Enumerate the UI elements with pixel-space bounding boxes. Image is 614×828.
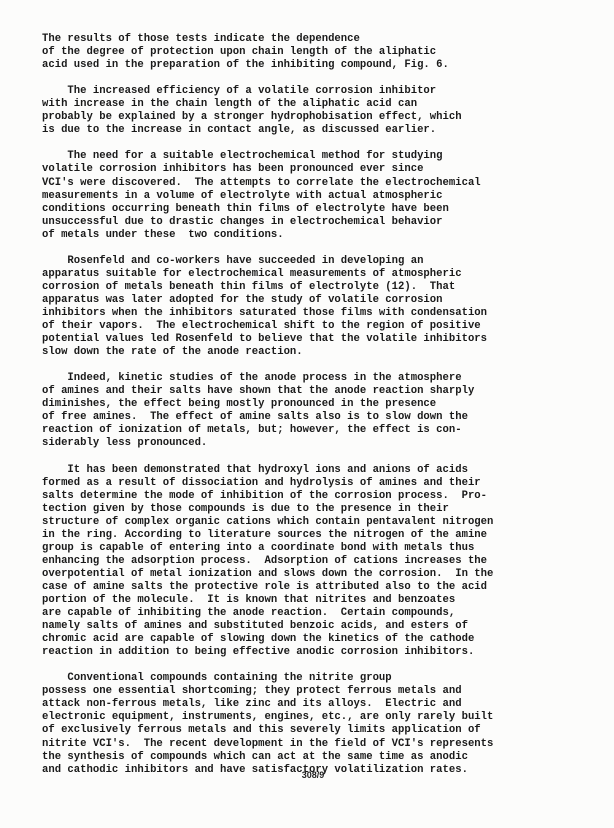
text-line: reaction in addition to being effective … xyxy=(42,646,493,659)
text-line: inhibitors when the inhibitors saturated… xyxy=(42,307,493,320)
text-line: acid used in the preparation of the inhi… xyxy=(42,59,493,72)
text-line: structure of complex organic cations whi… xyxy=(42,516,493,529)
text-line: conditions occurring beneath thin films … xyxy=(42,203,493,216)
text-line: possess one essential shortcoming; they … xyxy=(42,685,493,698)
text-line: group is capable of entering into a coor… xyxy=(42,542,493,555)
paragraph: It has been demonstrated that hydroxyl i… xyxy=(42,464,493,660)
paragraph: Rosenfeld and co-workers have succeeded … xyxy=(42,255,493,359)
text-line: reaction of ionization of metals, but; h… xyxy=(42,424,493,437)
text-line: apparatus suitable for electrochemical m… xyxy=(42,268,493,281)
text-line: Rosenfeld and co-workers have succeeded … xyxy=(42,255,493,268)
text-line: volatile corrosion inhibitors has been p… xyxy=(42,163,493,176)
text-line: slow down the rate of the anode reaction… xyxy=(42,346,493,359)
text-line: nitrite VCI's. The recent development in… xyxy=(42,738,493,751)
text-line: The need for a suitable electrochemical … xyxy=(42,150,493,163)
text-line: portion of the molecule. It is known tha… xyxy=(42,594,493,607)
paragraph: Conventional compounds containing the ni… xyxy=(42,672,493,776)
text-line: is due to the increase in contact angle,… xyxy=(42,124,493,137)
text-line: tection given by those compounds is due … xyxy=(42,503,493,516)
text-line: of exclusively ferrous metals and this s… xyxy=(42,724,493,737)
text-line: Indeed, kinetic studies of the anode pro… xyxy=(42,372,493,385)
text-line: VCI's were discovered. The attempts to c… xyxy=(42,177,493,190)
text-line: It has been demonstrated that hydroxyl i… xyxy=(42,464,493,477)
text-line: attack non-ferrous metals, like zinc and… xyxy=(42,698,493,711)
paragraph: The need for a suitable electrochemical … xyxy=(42,150,493,241)
text-line: are capable of inhibiting the anode reac… xyxy=(42,607,493,620)
text-line: enhancing the adsorption process. Adsorp… xyxy=(42,555,493,568)
text-line: Conventional compounds containing the ni… xyxy=(42,672,493,685)
paragraph: The increased efficiency of a volatile c… xyxy=(42,85,493,137)
body-text: The results of those tests indicate the … xyxy=(42,33,493,790)
text-line: case of amine salts the protective role … xyxy=(42,581,493,594)
text-line: potential values led Rosenfeld to believ… xyxy=(42,333,493,346)
text-line: measurements in a volume of electrolyte … xyxy=(42,190,493,203)
text-line: of metals under these two conditions. xyxy=(42,229,493,242)
paragraph: Indeed, kinetic studies of the anode pro… xyxy=(42,372,493,450)
text-line: The results of those tests indicate the … xyxy=(42,33,493,46)
text-line: with increase in the chain length of the… xyxy=(42,98,493,111)
text-line: overpotential of metal ionization and sl… xyxy=(42,568,493,581)
text-line: formed as a result of dissociation and h… xyxy=(42,477,493,490)
page-number: 308/9 xyxy=(0,770,614,780)
text-line: diminishes, the effect being mostly pron… xyxy=(42,398,493,411)
text-line: namely salts of amines and substituted b… xyxy=(42,620,493,633)
text-line: electronic equipment, instruments, engin… xyxy=(42,711,493,724)
text-line: of free amines. The effect of amine salt… xyxy=(42,411,493,424)
text-line: the synthesis of compounds which can act… xyxy=(42,751,493,764)
text-line: of the degree of protection upon chain l… xyxy=(42,46,493,59)
text-line: probably be explained by a stronger hydr… xyxy=(42,111,493,124)
text-line: unsuccessful due to drastic changes in e… xyxy=(42,216,493,229)
text-line: The increased efficiency of a volatile c… xyxy=(42,85,493,98)
text-line: in the ring. According to literature sou… xyxy=(42,529,493,542)
paragraph: The results of those tests indicate the … xyxy=(42,33,493,72)
text-line: corrosion of metals beneath thin films o… xyxy=(42,281,493,294)
document-page: The results of those tests indicate the … xyxy=(0,0,614,828)
text-line: siderably less pronounced. xyxy=(42,437,493,450)
text-line: apparatus was later adopted for the stud… xyxy=(42,294,493,307)
text-line: of amines and their salts have shown tha… xyxy=(42,385,493,398)
text-line: salts determine the mode of inhibition o… xyxy=(42,490,493,503)
text-line: chromic acid are capable of slowing down… xyxy=(42,633,493,646)
text-line: of their vapors. The electrochemical shi… xyxy=(42,320,493,333)
